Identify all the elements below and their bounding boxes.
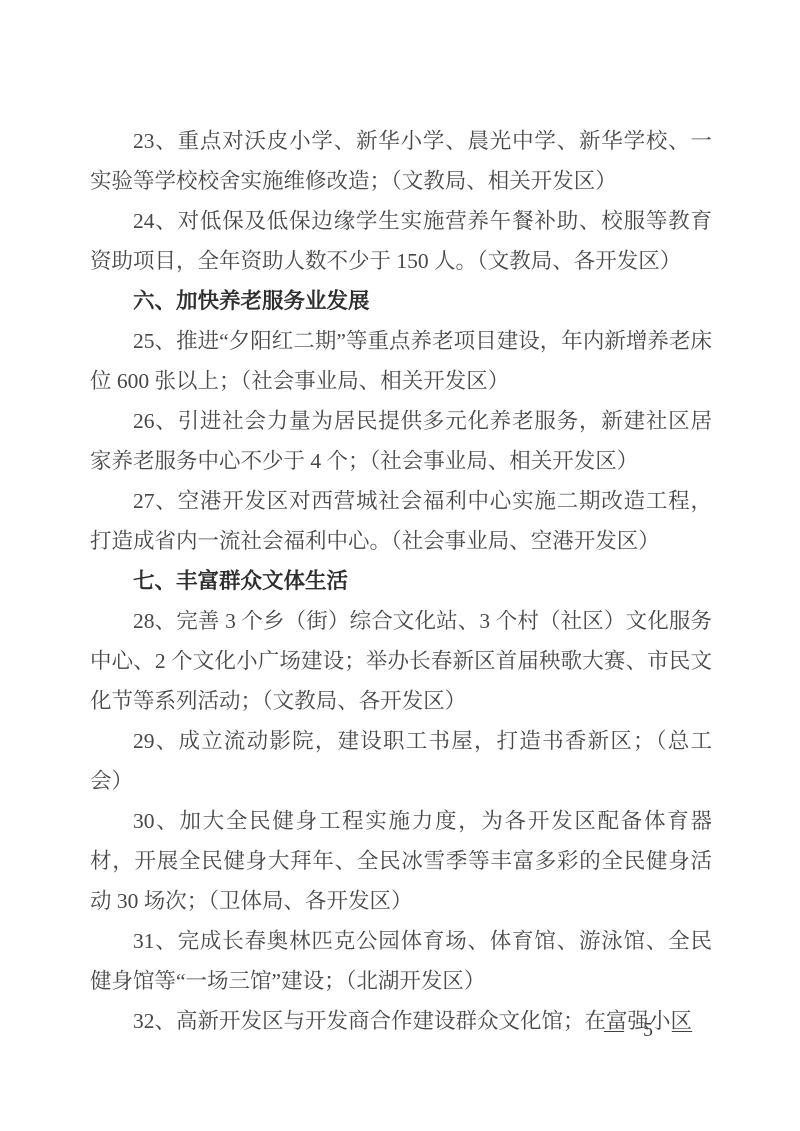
numbered-item-paragraph: 27、空港开发区对西营城社会福利中心实施二期改造工程，打造成省内一流社会福利中心… [90,481,712,561]
numbered-item-paragraph: 24、对低保及低保边缘学生实施营养午餐补助、校服等教育资助项目，全年资助人数不少… [90,201,712,281]
section-heading: 六、加快养老服务业发展 [90,281,712,321]
numbered-item-paragraph: 31、完成长春奥林匹克公园体育场、体育馆、游泳馆、全民健身馆等“一场三馆”建设；… [90,921,712,1001]
numbered-item-paragraph: 29、成立流动影院，建设职工书屋，打造书香新区；（总工会） [90,721,712,801]
numbered-item-paragraph: 25、推进“夕阳红二期”等重点养老项目建设，年内新增养老床位 600 张以上；（… [90,321,712,401]
numbered-item-paragraph: 30、加大全民健身工程实施力度，为各开发区配备体育器材，开展全民健身大拜年、全民… [90,801,712,921]
numbered-item-paragraph: 23、重点对沃皮小学、新华小学、晨光中学、新华学校、一实验等学校校舍实施维修改造… [90,121,712,201]
document-page: 23、重点对沃皮小学、新华小学、晨光中学、新华学校、一实验等学校校舍实施维修改造… [0,0,800,1131]
page-number: — 5 — [604,1015,692,1045]
section-heading: 七、丰富群众文体生活 [90,561,712,601]
document-body: 23、重点对沃皮小学、新华小学、晨光中学、新华学校、一实验等学校校舍实施维修改造… [90,121,712,1041]
numbered-item-paragraph: 28、完善 3 个乡（街）综合文化站、3 个村（社区）文化服务中心、2 个文化小… [90,601,712,721]
numbered-item-paragraph: 26、引进社会力量为居民提供多元化养老服务，新建社区居家养老服务中心不少于 4 … [90,401,712,481]
